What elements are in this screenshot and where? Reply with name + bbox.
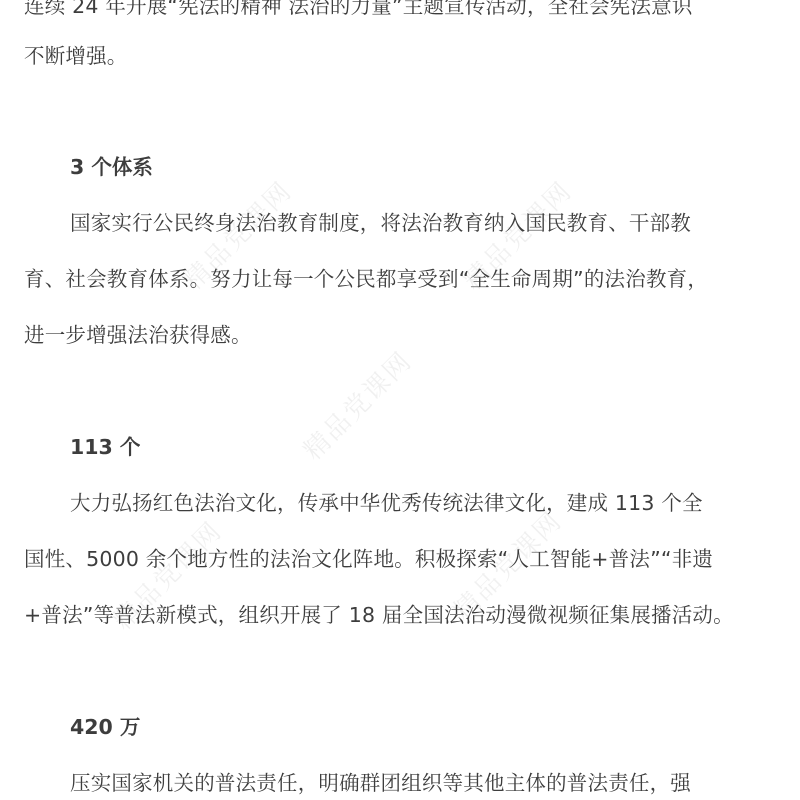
paragraph-line: +普法”等普法新模式，组织开展了 18 届全国法治动漫微视频征集展播活动。 xyxy=(24,601,784,629)
section-heading: 3 个体系 xyxy=(70,153,153,181)
paragraph-line: 大力弘扬红色法治文化，传承中华优秀传统法律文化，建成 113 个全 xyxy=(70,489,800,517)
paragraph-line: 国家实行公民终身法治教育制度，将法治教育纳入国民教育、干部教 xyxy=(70,209,800,237)
section-heading: 113 个 xyxy=(70,433,140,461)
paragraph-line: 进一步增强法治获得感。 xyxy=(24,321,784,349)
paragraph-line: 压实国家机关的普法责任，明确群团组织等其他主体的普法责任，强 xyxy=(70,769,800,797)
paragraph-line: 国性、5000 余个地方性的法治文化阵地。积极探索“人工智能+普法”“非遗 xyxy=(24,545,784,573)
section-heading: 420 万 xyxy=(70,713,140,741)
watermark: 精品党课网 xyxy=(294,342,419,467)
article-page: 精品党课网 精品党课网 精品党课网 精品党课网 精品党课网 连续 24 年开展“… xyxy=(0,0,800,800)
paragraph-line: 不断增强。 xyxy=(24,42,784,70)
paragraph-line: 连续 24 年开展“宪法的精神 法治的力量”主题宣传活动，全社会宪法意识 xyxy=(24,0,784,20)
paragraph-line: 育、社会教育体系。努力让每一个公民都享受到“全生命周期”的法治教育， xyxy=(24,265,784,293)
